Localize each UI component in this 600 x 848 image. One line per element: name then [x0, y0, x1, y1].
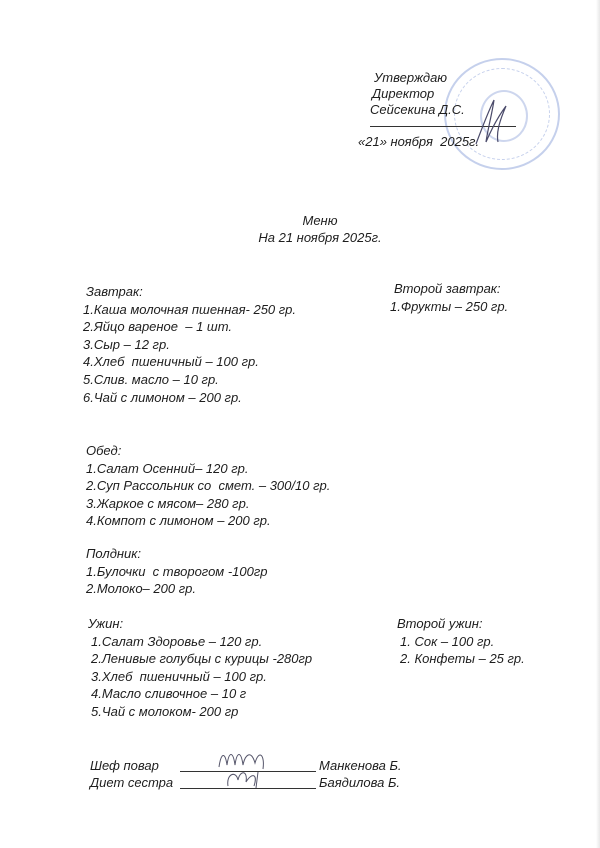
list-item: 2.Яйцо вареное – 1 шт. — [83, 318, 296, 336]
list-item: 4.Масло сливочное – 10 г — [91, 685, 312, 703]
list-item: 2.Молоко– 200 гр. — [86, 580, 267, 598]
chef-role: Шеф повар — [90, 757, 159, 774]
section-heading: Второй ужин: — [397, 615, 525, 633]
approval-date: «21» ноября 2025г. — [358, 134, 479, 149]
list-item: 1.Салат Осенний– 120 гр. — [86, 460, 330, 478]
approval-name: Сейсекина Д.С. — [370, 102, 465, 118]
approval-block: Утверждаю Директор Сейсекина Д.С. «21» н… — [356, 70, 451, 118]
list-item: 2.Суп Рассольник со смет. – 300/10 гр. — [86, 477, 330, 495]
section-lunch: Обед: 1.Салат Осенний– 120 гр. 2.Суп Рас… — [86, 442, 330, 530]
list-item: 5.Чай с молоком- 200 гр — [91, 703, 312, 721]
approval-position: Директор — [372, 86, 467, 102]
list-item: 1.Салат Здоровье – 120 гр. — [91, 633, 312, 651]
section-heading: Полдник: — [86, 545, 267, 563]
list-item: 4.Компот с лимоном – 200 гр. — [86, 512, 330, 530]
list-item: 3.Сыр – 12 гр. — [83, 336, 296, 354]
approval-label: Утверждаю — [374, 70, 469, 86]
section-heading: Второй завтрак: — [394, 280, 508, 298]
list-item: 3.Хлеб пшеничный – 100 гр. — [91, 668, 312, 686]
section-second-dinner: Второй ужин: 1. Сок – 100 гр. 2. Конфеты… — [397, 615, 525, 668]
list-item: 2.Ленивые голубцы с курицы -280гр — [91, 650, 312, 668]
list-item: 6.Чай с лимоном – 200 гр. — [83, 389, 296, 407]
chef-name: Манкенова Б. — [319, 757, 402, 774]
section-heading: Завтрак: — [86, 283, 296, 301]
nurse-role: Диет сестра — [90, 774, 173, 791]
section-heading: Ужин: — [88, 615, 312, 633]
list-item: 3.Жаркое с мясом– 280 гр. — [86, 495, 330, 513]
director-signature — [470, 98, 510, 148]
nurse-name: Баядилова Б. — [319, 774, 400, 791]
list-item: 2. Конфеты – 25 гр. — [400, 650, 525, 668]
section-dinner: Ужин: 1.Салат Здоровье – 120 гр. 2.Ленив… — [88, 615, 312, 721]
section-second-breakfast: Второй завтрак: 1.Фрукты – 250 гр. — [394, 280, 508, 315]
page-title: Меню — [0, 212, 600, 229]
list-item: 4.Хлеб пшеничный – 100 гр. — [83, 353, 296, 371]
nurse-signature — [222, 766, 272, 792]
list-item: 5.Слив. масло – 10 гр. — [83, 371, 296, 389]
list-item: 1.Булочки с творогом -100гр — [86, 563, 267, 581]
list-item: 1.Фрукты – 250 гр. — [390, 298, 508, 316]
section-breakfast: Завтрак: 1.Каша молочная пшенная- 250 гр… — [86, 283, 296, 406]
section-snack: Полдник: 1.Булочки с творогом -100гр 2.М… — [86, 545, 267, 598]
page-subtitle: На 21 ноября 2025г. — [0, 229, 600, 246]
page-edge — [596, 0, 600, 848]
list-item: 1. Сок – 100 гр. — [400, 633, 525, 651]
section-heading: Обед: — [86, 442, 330, 460]
list-item: 1.Каша молочная пшенная- 250 гр. — [83, 301, 296, 319]
